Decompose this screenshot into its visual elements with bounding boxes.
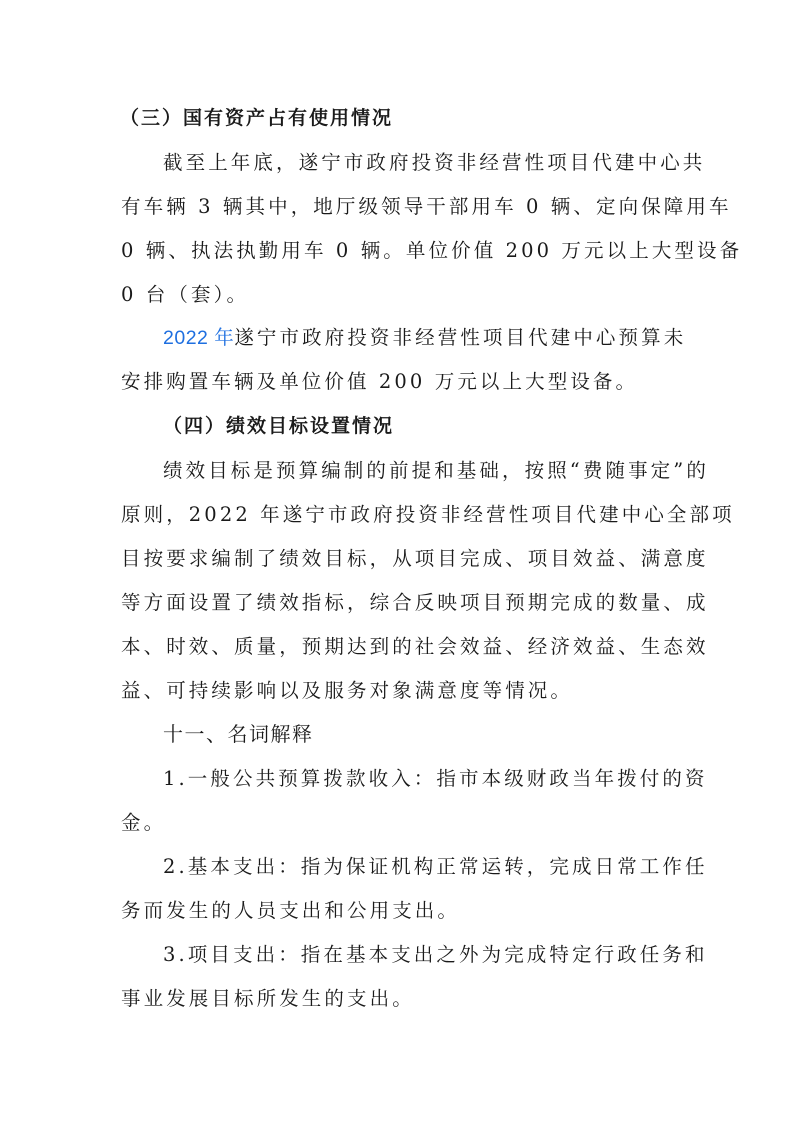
paragraph-line: 目按要求编制了绩效目标，从项目完成、项目效益、满意度 bbox=[121, 545, 681, 573]
section-heading-glossary: 十一、名词解释 bbox=[163, 720, 723, 748]
section-heading-state-assets: （三）国有资产占有使用情况 bbox=[120, 104, 680, 132]
glossary-term-cont: 事业发展目标所发生的支出。 bbox=[121, 985, 681, 1013]
paragraph-line: 等方面设置了绩效指标，综合反映项目预期完成的数量、成 bbox=[121, 589, 681, 617]
glossary-term-cont: 务而发生的人员支出和公用支出。 bbox=[121, 897, 681, 925]
glossary-term-cont: 金。 bbox=[121, 809, 681, 837]
paragraph-line: 有车辆 3 辆其中，地厅级领导干部用车 0 辆、定向保障用车 bbox=[121, 193, 681, 221]
glossary-term: 2.基本支出：指为保证机构正常运转，完成日常工作任 bbox=[163, 853, 723, 881]
document-page: （三）国有资产占有使用情况 截至上年底，遂宁市政府投资非经营性项目代建中心共 有… bbox=[0, 0, 793, 1122]
paragraph-line: 本、时效、质量，预期达到的社会效益、经济效益、生态效 bbox=[121, 633, 681, 661]
paragraph-line: 绩效目标是预算编制的前提和基础，按照“费随事定”的 bbox=[163, 457, 723, 485]
paragraph-line: 0 台（套）。 bbox=[121, 281, 681, 309]
paragraph-line: 截至上年底，遂宁市政府投资非经营性项目代建中心共 bbox=[163, 149, 723, 177]
highlighted-year: 2022 年 bbox=[163, 327, 234, 349]
glossary-term: 3.项目支出：指在基本支出之外为完成特定行政任务和 bbox=[163, 941, 723, 969]
paragraph-text: 遂宁市政府投资非经营性项目代建中心预算未 bbox=[234, 326, 686, 349]
paragraph-line: 2022 年遂宁市政府投资非经营性项目代建中心预算未 bbox=[163, 324, 723, 352]
paragraph-line: 益、可持续影响以及服务对象满意度等情况。 bbox=[121, 677, 681, 705]
paragraph-line: 原则，2022 年遂宁市政府投资非经营性项目代建中心全部项 bbox=[121, 501, 681, 529]
glossary-term: 1.一般公共预算拨款收入：指市本级财政当年拨付的资 bbox=[163, 765, 723, 793]
paragraph-line: 0 辆、执法执勤用车 0 辆。单位价值 200 万元以上大型设备 bbox=[121, 237, 681, 265]
paragraph-line: 安排购置车辆及单位价值 200 万元以上大型设备。 bbox=[121, 368, 681, 396]
section-heading-performance-goals: （四）绩效目标设置情况 bbox=[163, 412, 723, 440]
